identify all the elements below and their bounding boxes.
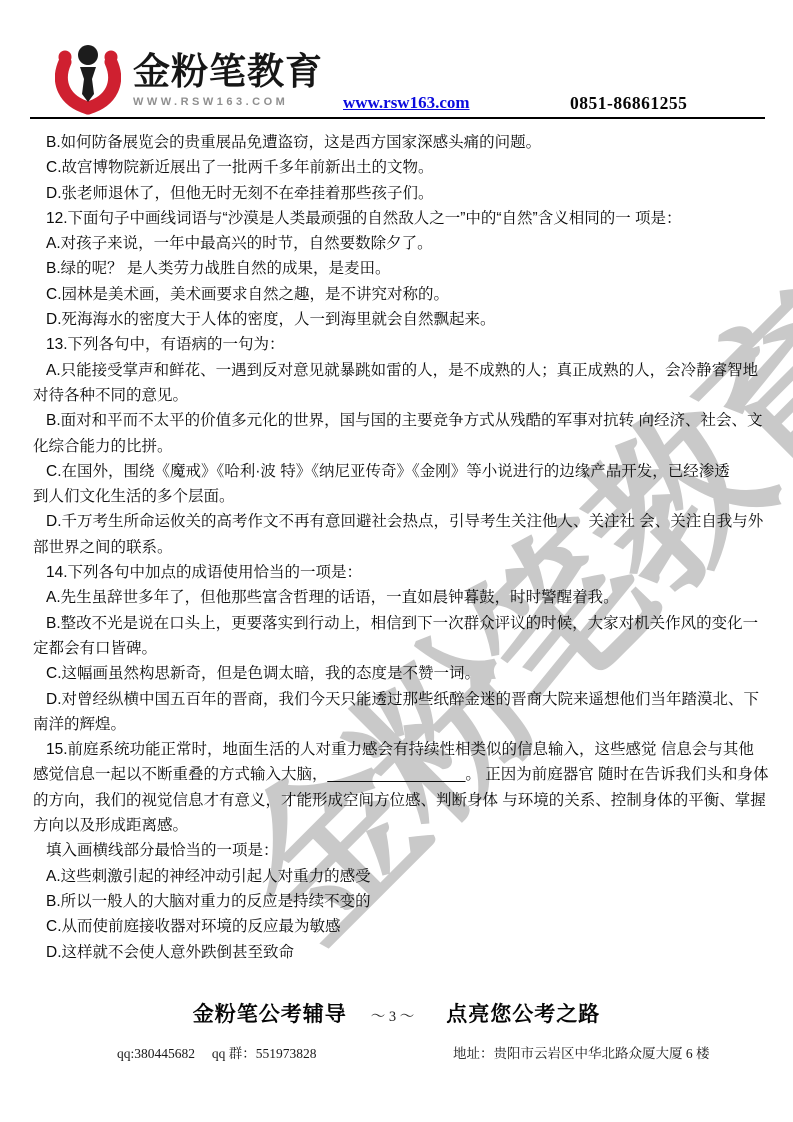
brand-logo-icon [55,44,121,116]
document-page: 金粉笔教育 WWW.RSW163.COM www.rsw163.com 0851… [0,0,793,1122]
text-line: C.故宫博物院新近展出了一批两千多年前新出土的文物。 [33,155,765,180]
text-line: 到人们文化生活的多个层面。 [33,484,765,509]
text-line: 填入画横线部分最恰当的一项是： [33,838,765,863]
text-line: C.园林是美术画，美术画要求自然之趣，是不讲究对称的。 [33,282,765,307]
text-line: A.只能接受掌声和鲜花、一遇到反对意见就暴跳如雷的人，是不成熟的人；真正成熟的人… [33,358,765,383]
header-divider [30,117,765,119]
text-line: B.如何防备展览会的贵重展品免遭盗窃，这是西方国家深感头痛的问题。 [33,130,765,155]
text-line: A.对孩子来说，一年中最高兴的时节，自然要数除夕了。 [33,231,765,256]
footer-slogan: 点亮您公考之路 [446,998,600,1028]
text-line: 的方向，我们的视觉信息才有意义，才能形成空间方位感、判断身体 与环境的关系、控制… [33,788,765,813]
footer-center: 金粉笔公考辅导 ～ 3 ～ 点亮您公考之路 [0,998,793,1028]
text-line: 化综合能力的比拼。 [33,434,765,459]
text-line: 定都会有口皆碑。 [33,636,765,661]
text-line: D.这样就不会使人意外跌倒甚至致命 [33,940,765,965]
page-number: ～ 3 ～ [371,1005,415,1026]
brand-logo: 金粉笔教育 WWW.RSW163.COM [55,44,323,116]
text-line: B.面对和平而不太平的价值多元化的世界，国与国的主要竞争方式从残酷的军事对抗转 … [33,408,765,433]
footer-address: 地址：贵阳市云岩区中华北路众厦大厦 6 楼 [453,1042,710,1062]
brand-logo-text: 金粉笔教育 WWW.RSW163.COM [133,52,323,108]
text-line: B.所以一般人的大脑对重力的反应是持续不变的 [33,889,765,914]
text-line: A.这些刺激引起的神经冲动引起人对重力的感受 [33,864,765,889]
text-line: B.整改不光是说在口头上，更要落实到行动上，相信到下一次群众评议的时候，大家对机… [33,611,765,636]
text-line: D.死海海水的密度大于人体的密度，人一到海里就会自然飘起来。 [33,307,765,332]
text-line: C.在国外，围绕《魔戒》《哈利·波 特》《纳尼亚传奇》《金刚》等小说进行的边缘产… [33,459,765,484]
text-line: 南洋的辉煌。 [33,712,765,737]
footer-brand: 金粉笔公考辅导 [193,998,347,1028]
text-line: 方向以及形成距离感。 [33,813,765,838]
brand-site-url: WWW.RSW163.COM [133,96,323,108]
text-line: D.对曾经纵横中国五百年的晋商，我们今天只能透过那些纸醉金迷的晋商大院来遥想他们… [33,687,765,712]
text-line: C.从而使前庭接收器对环境的反应最为敏感 [33,914,765,939]
phone-number: 0851-86861255 [570,93,687,114]
text-line: 感觉信息一起以不断重叠的方式输入大脑，________________。 正因为… [33,762,765,787]
brand-name: 金粉笔教育 [133,52,323,93]
text-line: 15.前庭系统功能正常时，地面生活的人对重力感会有持续性相类似的信息输入，这些感… [33,737,765,762]
text-line: 部世界之间的联系。 [33,535,765,560]
text-line: C.这幅画虽然构思新奇，但是色调太暗，我的态度是不赞一词。 [33,661,765,686]
document-body: B.如何防备展览会的贵重展品免遭盗窃，这是西方国家深感头痛的问题。C.故宫博物院… [33,130,765,965]
text-line: B.绿的呢？ 是人类劳力战胜自然的成果，是麦田。 [33,256,765,281]
text-line: D.张老师退休了，但他无时无刻不在牵挂着那些孩子们。 [33,181,765,206]
text-line: D.千万考生所命运攸关的高考作文不再有意回避社会热点，引导考生关注他人、关注社 … [33,509,765,534]
text-line: 13.下列各句中，有语病的一句为： [33,332,765,357]
text-line: 14.下列各句中加点的成语使用恰当的一项是： [33,560,765,585]
text-line: A.先生虽辞世多年了，但他那些富含哲理的话语，一直如晨钟暮鼓，时时警醒着我。 [33,585,765,610]
footer-qq-contacts: qq:380445682 qq 群：551973828 [117,1042,317,1062]
text-line: 12.下面句子中画线词语与“沙漠是人类最顽强的自然敌人之一”中的“自然”含义相同… [33,206,765,231]
website-link[interactable]: www.rsw163.com [343,93,470,113]
text-line: 对待各种不同的意见。 [33,383,765,408]
